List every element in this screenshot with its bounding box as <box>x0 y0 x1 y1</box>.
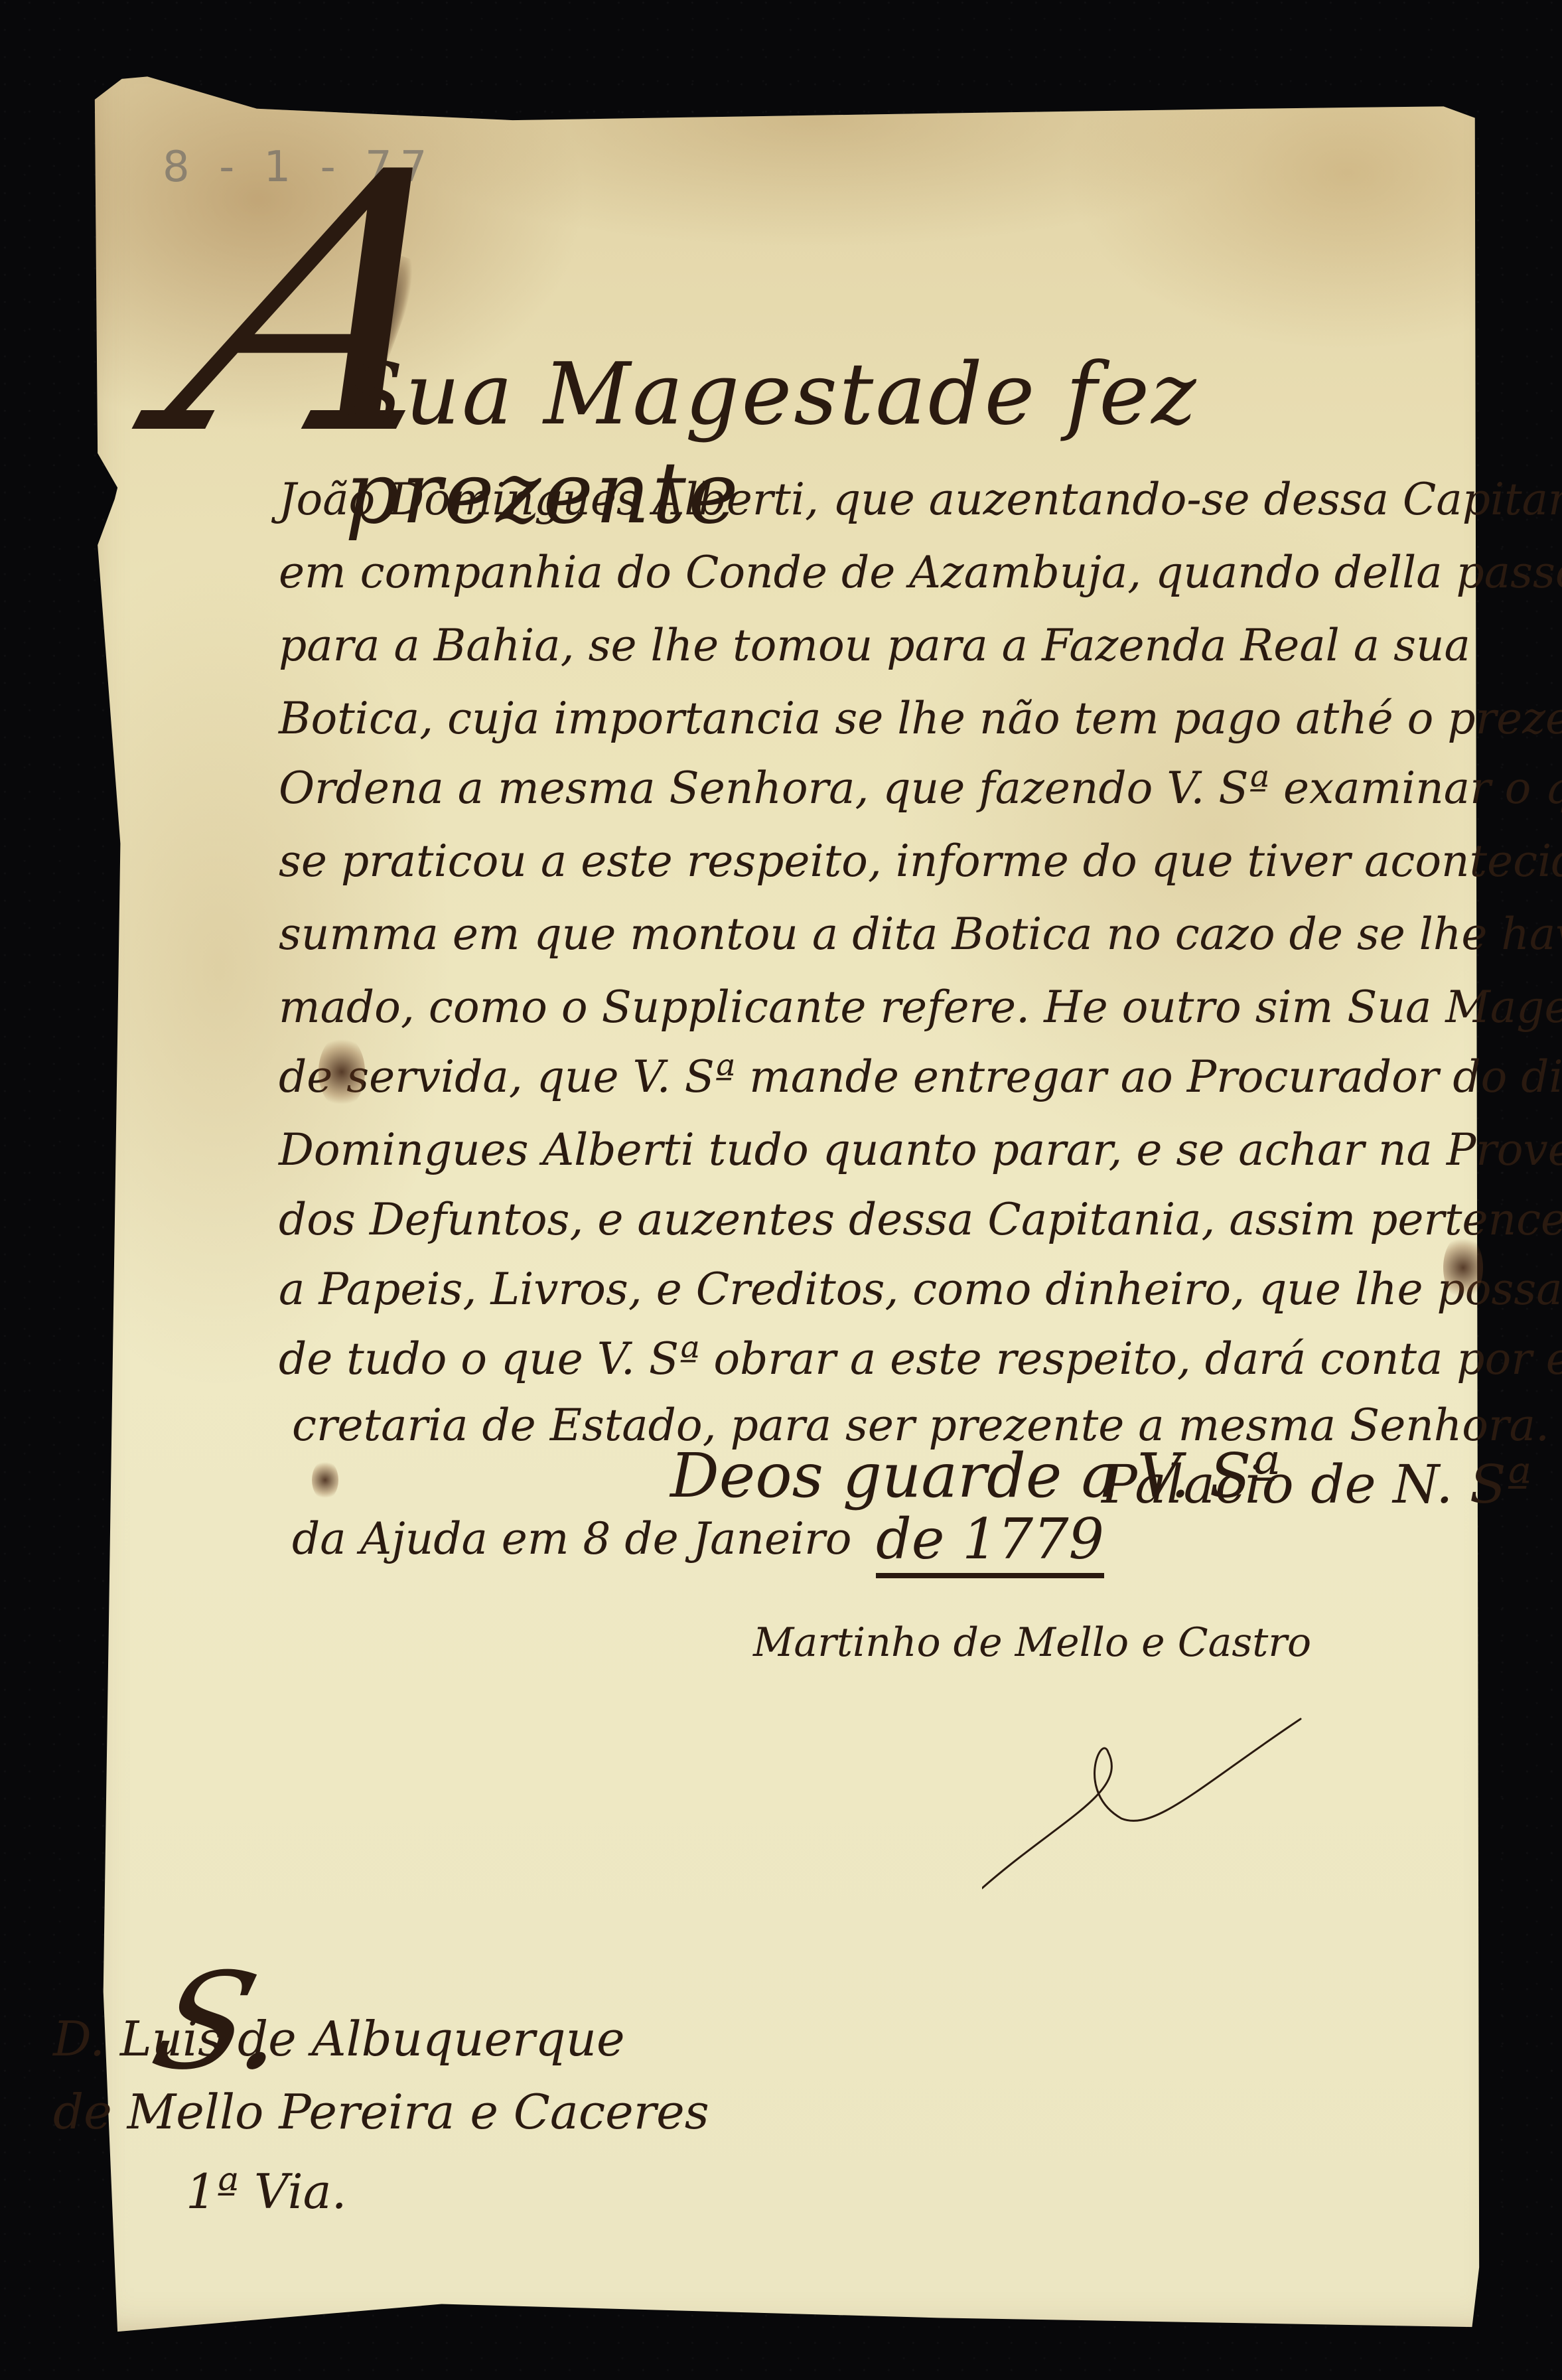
burn-mark <box>1443 1234 1483 1301</box>
addressee-line: D. Luis de Albuquerque <box>53 2011 625 2067</box>
body-line: Domingues Alberti tudo quanto parar, e s… <box>279 1128 1502 1172</box>
body-line: João Domingues Alberti, que auzentando-s… <box>279 478 1502 522</box>
body-line: dos Defuntos, e auzentes dessa Capitania… <box>279 1198 1502 1242</box>
via-note: 1ª Via. <box>186 2164 346 2219</box>
burn-mark <box>312 1460 338 1500</box>
body-line: para a Bahia, se lhe tomou para a Fazend… <box>279 624 1502 668</box>
place-date: da Ajuda em 8 de Janeiro <box>292 1513 851 1564</box>
year: de 1779 <box>876 1507 1104 1578</box>
body-line: Ordena a mesma Senhora, que fazendo V. S… <box>279 767 1502 810</box>
body-line: a Papeis, Livros, e Creditos, como dinhe… <box>279 1268 1502 1311</box>
signature-flourish <box>982 1712 1314 1892</box>
body-line: Botica, cuja importancia se lhe não tem … <box>279 697 1502 741</box>
body-line: se praticou a este respeito, informe do … <box>279 840 1502 883</box>
signature: Martinho de Mello e Castro <box>753 1619 1311 1666</box>
body-line: summa em que montou a dita Botica no caz… <box>279 913 1502 956</box>
body-line: mado, como o Supplicante refere. He outr… <box>279 986 1502 1029</box>
place-line: Palacio de N. Sª <box>1101 1453 1531 1515</box>
body-line: de servida, que V. Sª mande entregar ao … <box>279 1055 1502 1099</box>
burn-mark <box>319 1035 365 1108</box>
addressee-line: de Mello Pereira e Caceres <box>53 2084 709 2140</box>
body-line: em companhia do Conde de Azambuja, quand… <box>279 551 1502 595</box>
body-line: de tudo o que V. Sª obrar a este respeit… <box>279 1337 1502 1381</box>
